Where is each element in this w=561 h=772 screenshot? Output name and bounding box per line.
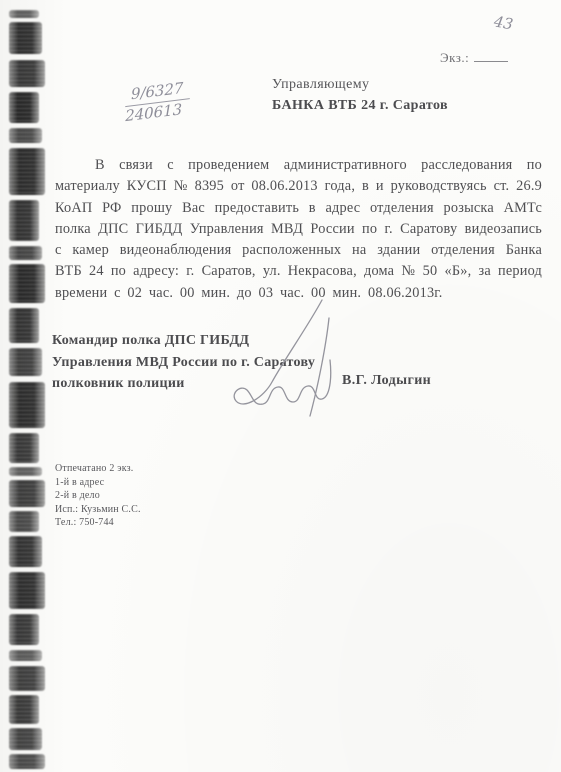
recipient-block: Управляющему БАНКА ВТБ 24 г. Саратов: [272, 74, 448, 116]
copy-number-blank: [474, 49, 508, 62]
copy-number-line: Экз.:: [440, 49, 508, 66]
footer-print-info: Отпечатано 2 экз. 1-й в адрес 2-й в дело…: [55, 462, 141, 530]
footer-copy2: 2-й в дело: [55, 489, 141, 503]
handwritten-page-number: 43: [492, 12, 514, 33]
recipient-title: Управляющему: [272, 74, 448, 95]
footer-phone: Тел.: 750-744: [55, 516, 141, 530]
footer-copy1: 1-й в адрес: [55, 476, 141, 490]
signer-name: В.Г. Лодыгин: [342, 373, 431, 389]
handwritten-signature: [222, 298, 352, 418]
copy-label: Экз.:: [440, 50, 469, 65]
letter-body-paragraph: В связи с проведением административного …: [55, 155, 542, 304]
handwritten-registration-number: 9/6327 240613: [124, 78, 193, 126]
recipient-organization: БАНКА ВТБ 24 г. Саратов: [272, 95, 448, 116]
scan-artifact-strip: [0, 0, 52, 772]
scanned-letter-page: 43 Экз.: 9/6327 240613 Управляющему БАНК…: [0, 0, 561, 772]
footer-executor: Исп.: Кузьмин С.С.: [55, 503, 141, 517]
footer-copies: Отпечатано 2 экз.: [55, 462, 141, 476]
